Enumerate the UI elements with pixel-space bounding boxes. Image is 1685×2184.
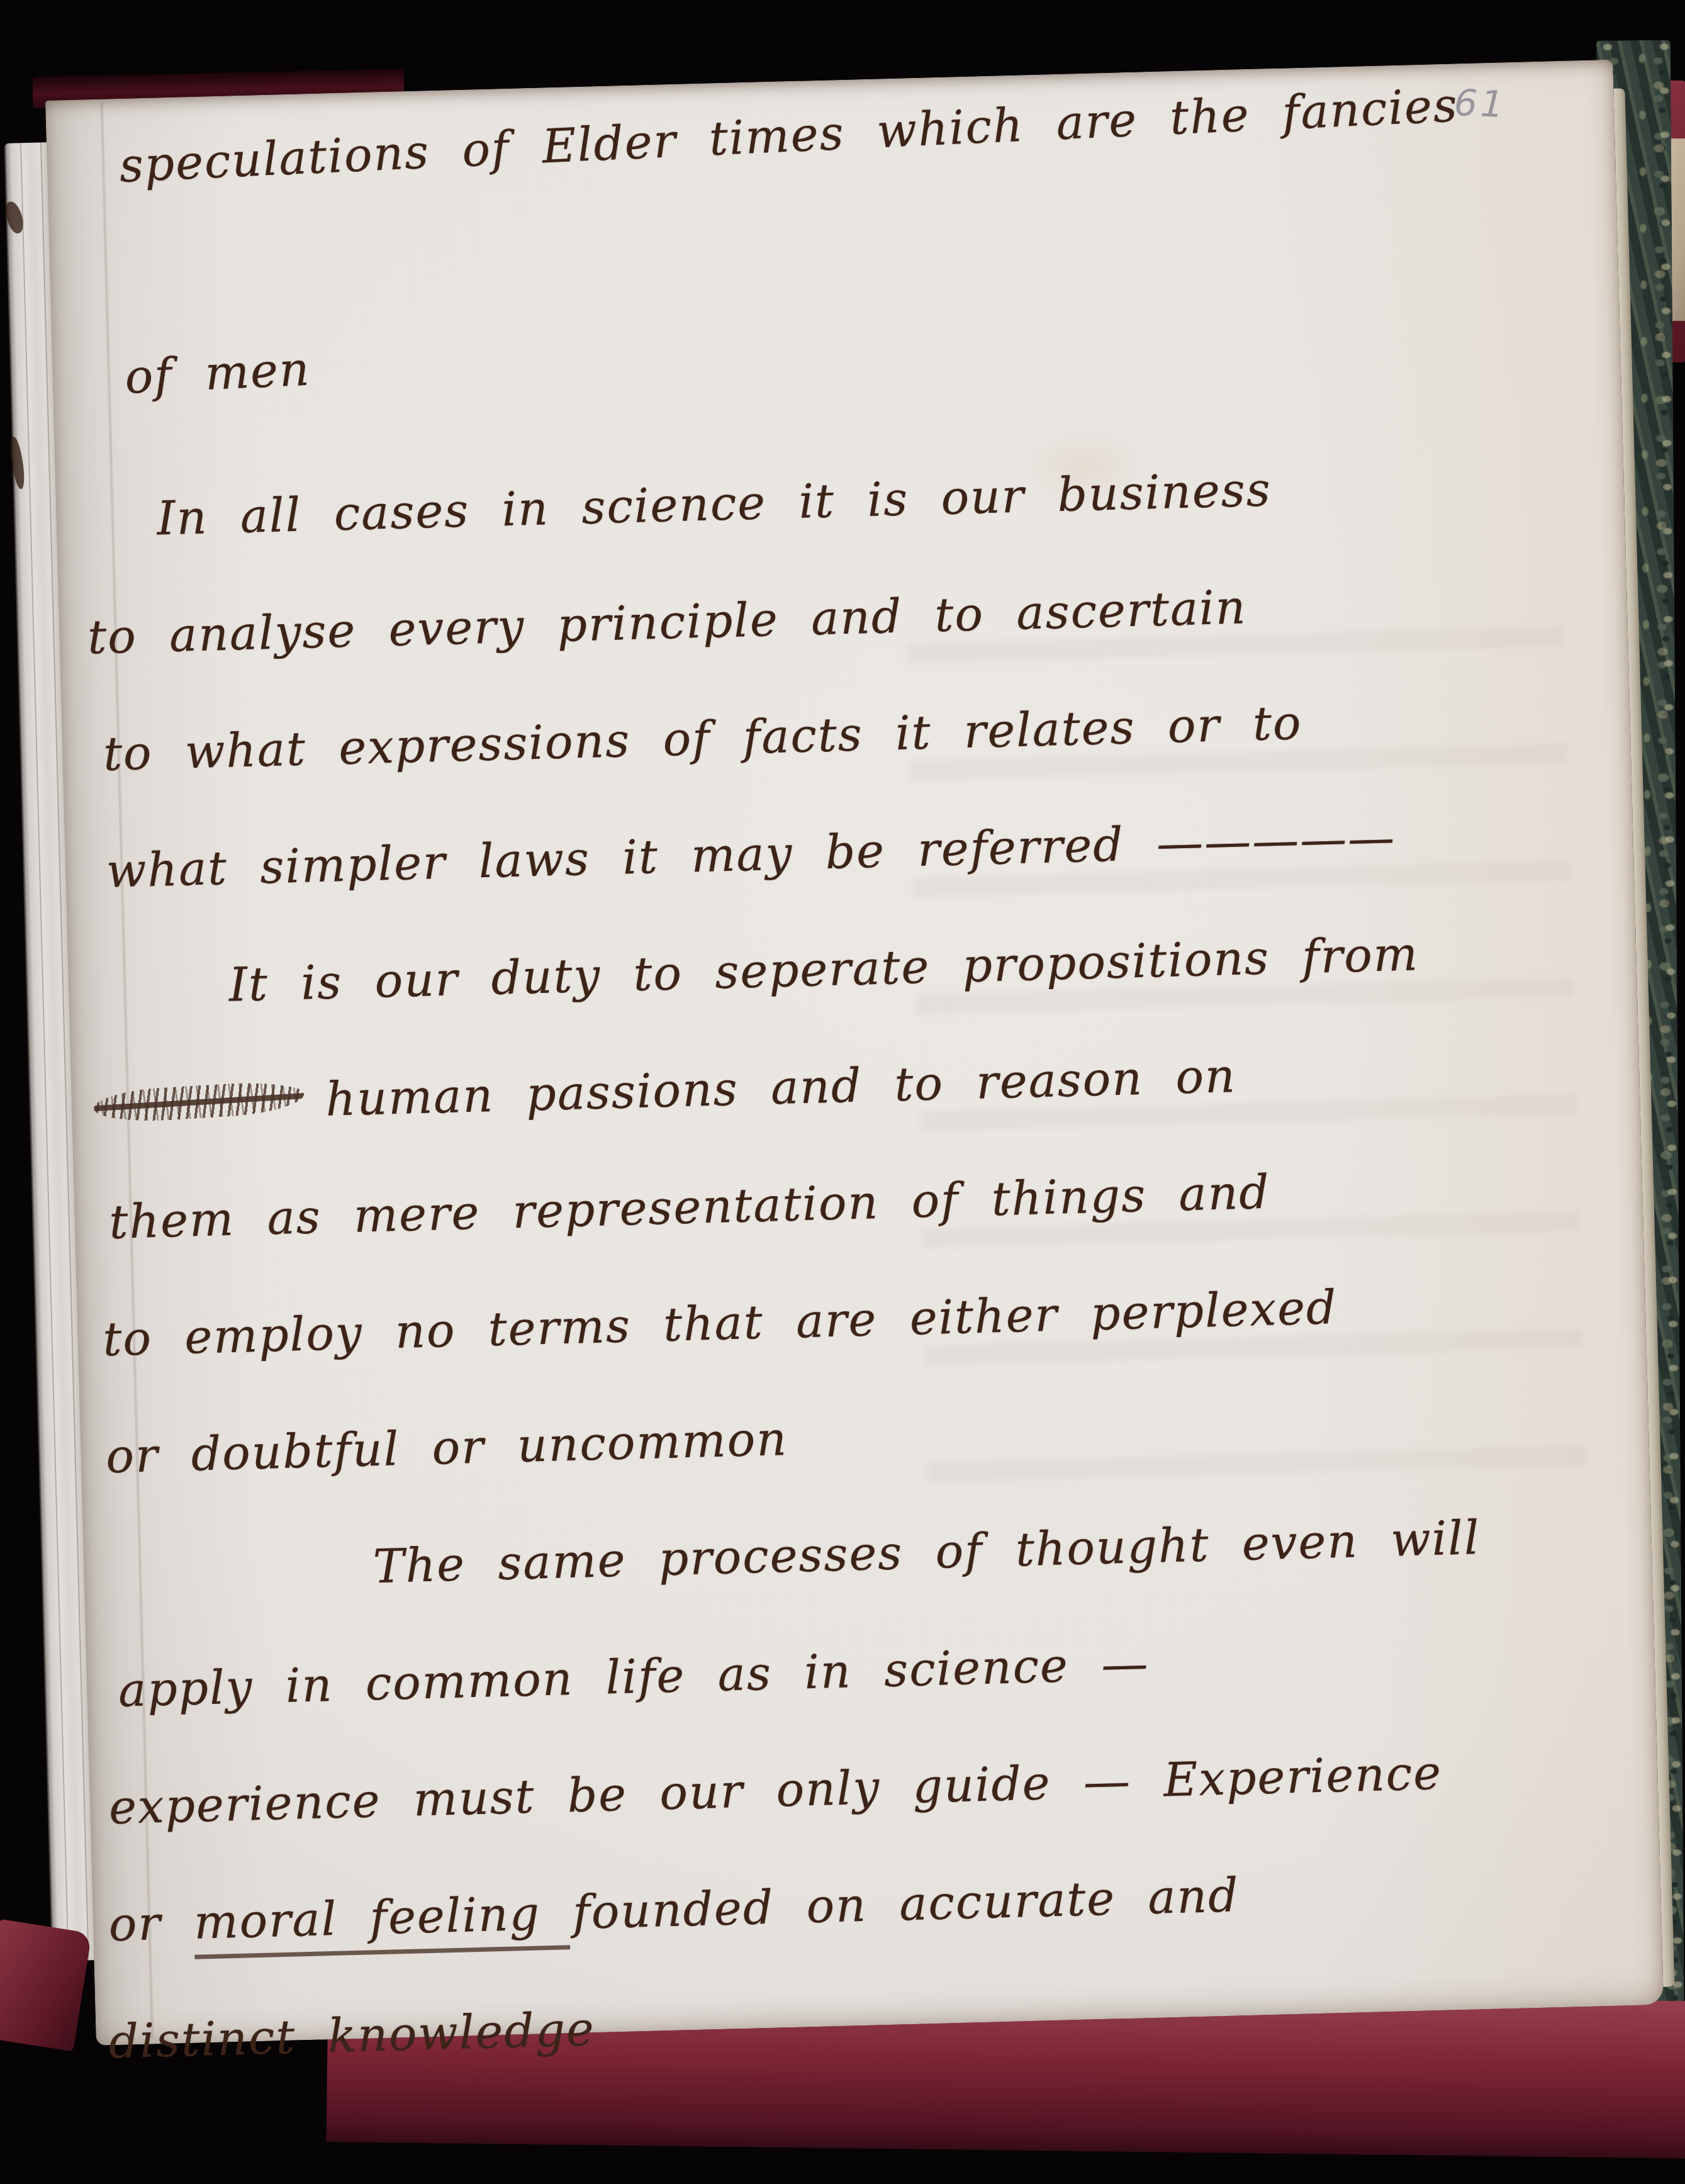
red-leather-cover-bottom-left	[0, 1918, 92, 2051]
handwriting-text: speculations of Elder times which are th…	[118, 78, 1460, 193]
handwriting-text: founded on accurate and	[540, 1868, 1240, 1940]
handwriting-text: of men	[124, 342, 312, 404]
handwriting-text: or	[108, 1896, 195, 1952]
underlined-words: moral feeling	[193, 1886, 570, 1959]
handwriting-text: what simpler laws it may be referred ———…	[106, 810, 1396, 899]
crossed-out-word	[92, 1079, 305, 1124]
handwriting-text: In all cases in science it is our busine…	[156, 462, 1272, 546]
handwriting-text: or doubtful or uncommon	[105, 1412, 788, 1484]
handwriting-line: speculations of Elder times which are th…	[117, 41, 1598, 225]
handwriting-text: to analyse every principle and to ascert…	[87, 580, 1247, 664]
handwriting-text: apply in common life as in science —	[118, 1637, 1150, 1718]
ink-bleed-mark	[9, 436, 26, 490]
handwriting-text: to employ no terms that are either perpl…	[102, 1280, 1338, 1367]
handwriting-text: to what expressions of facts it relates …	[103, 696, 1302, 781]
handwriting-line: of men	[122, 252, 1603, 435]
handwriting-text: It is our duty to seperate propositions …	[228, 927, 1419, 1012]
photograph-of-open-notebook: 61 speculations of Elder times which are…	[0, 0, 1685, 2184]
manuscript-page: 61 speculations of Elder times which are…	[45, 60, 1664, 2046]
handwriting-text: distinct knowledge	[108, 2002, 596, 2069]
handwriting-text: them as mere representation of things an…	[109, 1165, 1271, 1250]
handwriting-text: human passions and to reason on	[325, 1049, 1237, 1127]
handwriting-text: experience must be our only guide — Expe…	[108, 1746, 1443, 1835]
manuscript-text: speculations of Elder times which are th…	[58, 69, 1645, 2046]
handwriting-text: The same processes of thought even will	[372, 1511, 1481, 1594]
